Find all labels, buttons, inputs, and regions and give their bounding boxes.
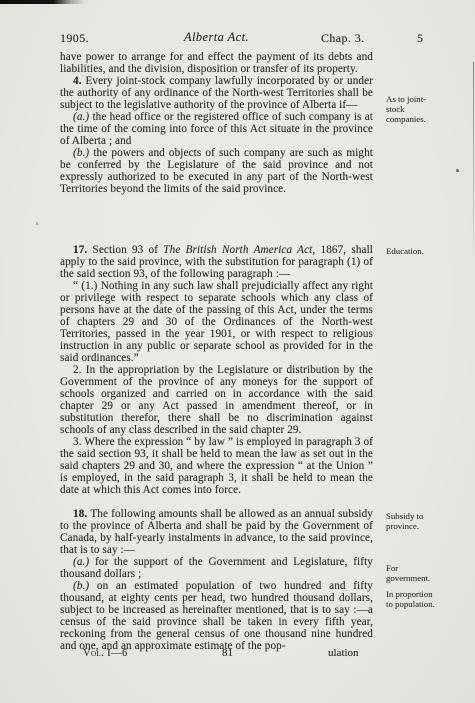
margin-note-government: For government. — [386, 564, 470, 584]
paragraph-text: Every joint-stock company lawfully incor… — [60, 75, 373, 111]
scan-speck — [36, 222, 38, 225]
margin-note-joint-stock: As to joint- stock companies. — [386, 95, 470, 124]
clause-18-a: (a.) for the support of the Government a… — [60, 556, 373, 580]
footer-volume-signature: Vol. I—6 — [83, 648, 128, 659]
scan-speck — [456, 169, 459, 172]
clause-letter: (a.) — [73, 111, 92, 123]
clause-letter: (b.) — [73, 147, 93, 159]
margin-note-education: Education. — [386, 247, 470, 257]
paragraph-17-subsection-1: “ (1.) Nothing in any such law shall pre… — [60, 280, 373, 364]
section-number: 18. — [73, 508, 90, 520]
clause-letter: (a.) — [73, 556, 95, 568]
header-chapter: Chap. 3. — [321, 31, 365, 46]
paragraph-section-17: 17. Section 93 of The British North Amer… — [60, 244, 373, 280]
paragraph-text: Section 93 of — [93, 244, 164, 256]
margin-note-subsidy: Subsidy to province. — [386, 512, 470, 532]
footer-page-number: 81 — [222, 647, 233, 659]
document-page: 1905. Alberta Act. Chap. 3. 5 have power… — [0, 0, 475, 703]
paragraph-text: for the support of the Government and Le… — [60, 556, 373, 580]
clause-18-b: (b.) on an estimated population of two h… — [60, 580, 373, 652]
footer-catchword: ulation — [328, 647, 359, 659]
act-title-italic: The British North America Act — [163, 244, 312, 256]
paragraph-text: the head office or the registered office… — [60, 111, 373, 147]
paragraph-17-subsection-2: 2. In the appropriation by the Legislatu… — [60, 364, 373, 436]
paragraph-text: the powers and objects of such company a… — [60, 147, 373, 195]
clause-letter: (b.) — [73, 580, 97, 592]
paragraph-text: on an estimated population of two hundre… — [60, 580, 373, 652]
clause-4-a: (a.) the head office or the registered o… — [60, 111, 373, 147]
paragraph-text: 3. Where the expression “ by law ” is em… — [60, 436, 373, 496]
text-block-section-17: 17. Section 93 of The British North Amer… — [60, 244, 373, 496]
paragraph-text: 2. In the appropriation by the Legislatu… — [60, 364, 373, 436]
header-page-number: 5 — [417, 31, 423, 46]
paragraph-17-subsection-3: 3. Where the expression “ by law ” is em… — [60, 436, 373, 496]
clause-4-b: (b.) the powers and objects of such comp… — [60, 147, 373, 195]
header-title: Alberta Act. — [184, 30, 249, 45]
margin-note-population: In proportion to population. — [386, 590, 470, 610]
paragraph-text: “ (1.) Nothing in any such law shall pre… — [60, 280, 373, 364]
paragraph-section-18: 18. The following amounts shall be allow… — [60, 508, 373, 556]
section-number: 17. — [73, 244, 93, 256]
paragraph-continuation: have power to arrange for and effect the… — [60, 51, 373, 75]
paragraph-section-4: 4. Every joint-stock company lawfully in… — [60, 75, 373, 111]
text-block-section-18: 18. The following amounts shall be allow… — [60, 508, 373, 652]
paragraph-text: have power to arrange for and effect the… — [60, 51, 373, 75]
scan-artifact-right-edge — [473, 62, 475, 258]
scan-artifact-top-mark — [0, 0, 86, 4]
paragraph-text: The following amounts shall be allowed a… — [60, 508, 373, 556]
header-year: 1905. — [60, 31, 89, 46]
section-number: 4. — [73, 75, 85, 87]
text-block-section-4: have power to arrange for and effect the… — [60, 51, 373, 195]
